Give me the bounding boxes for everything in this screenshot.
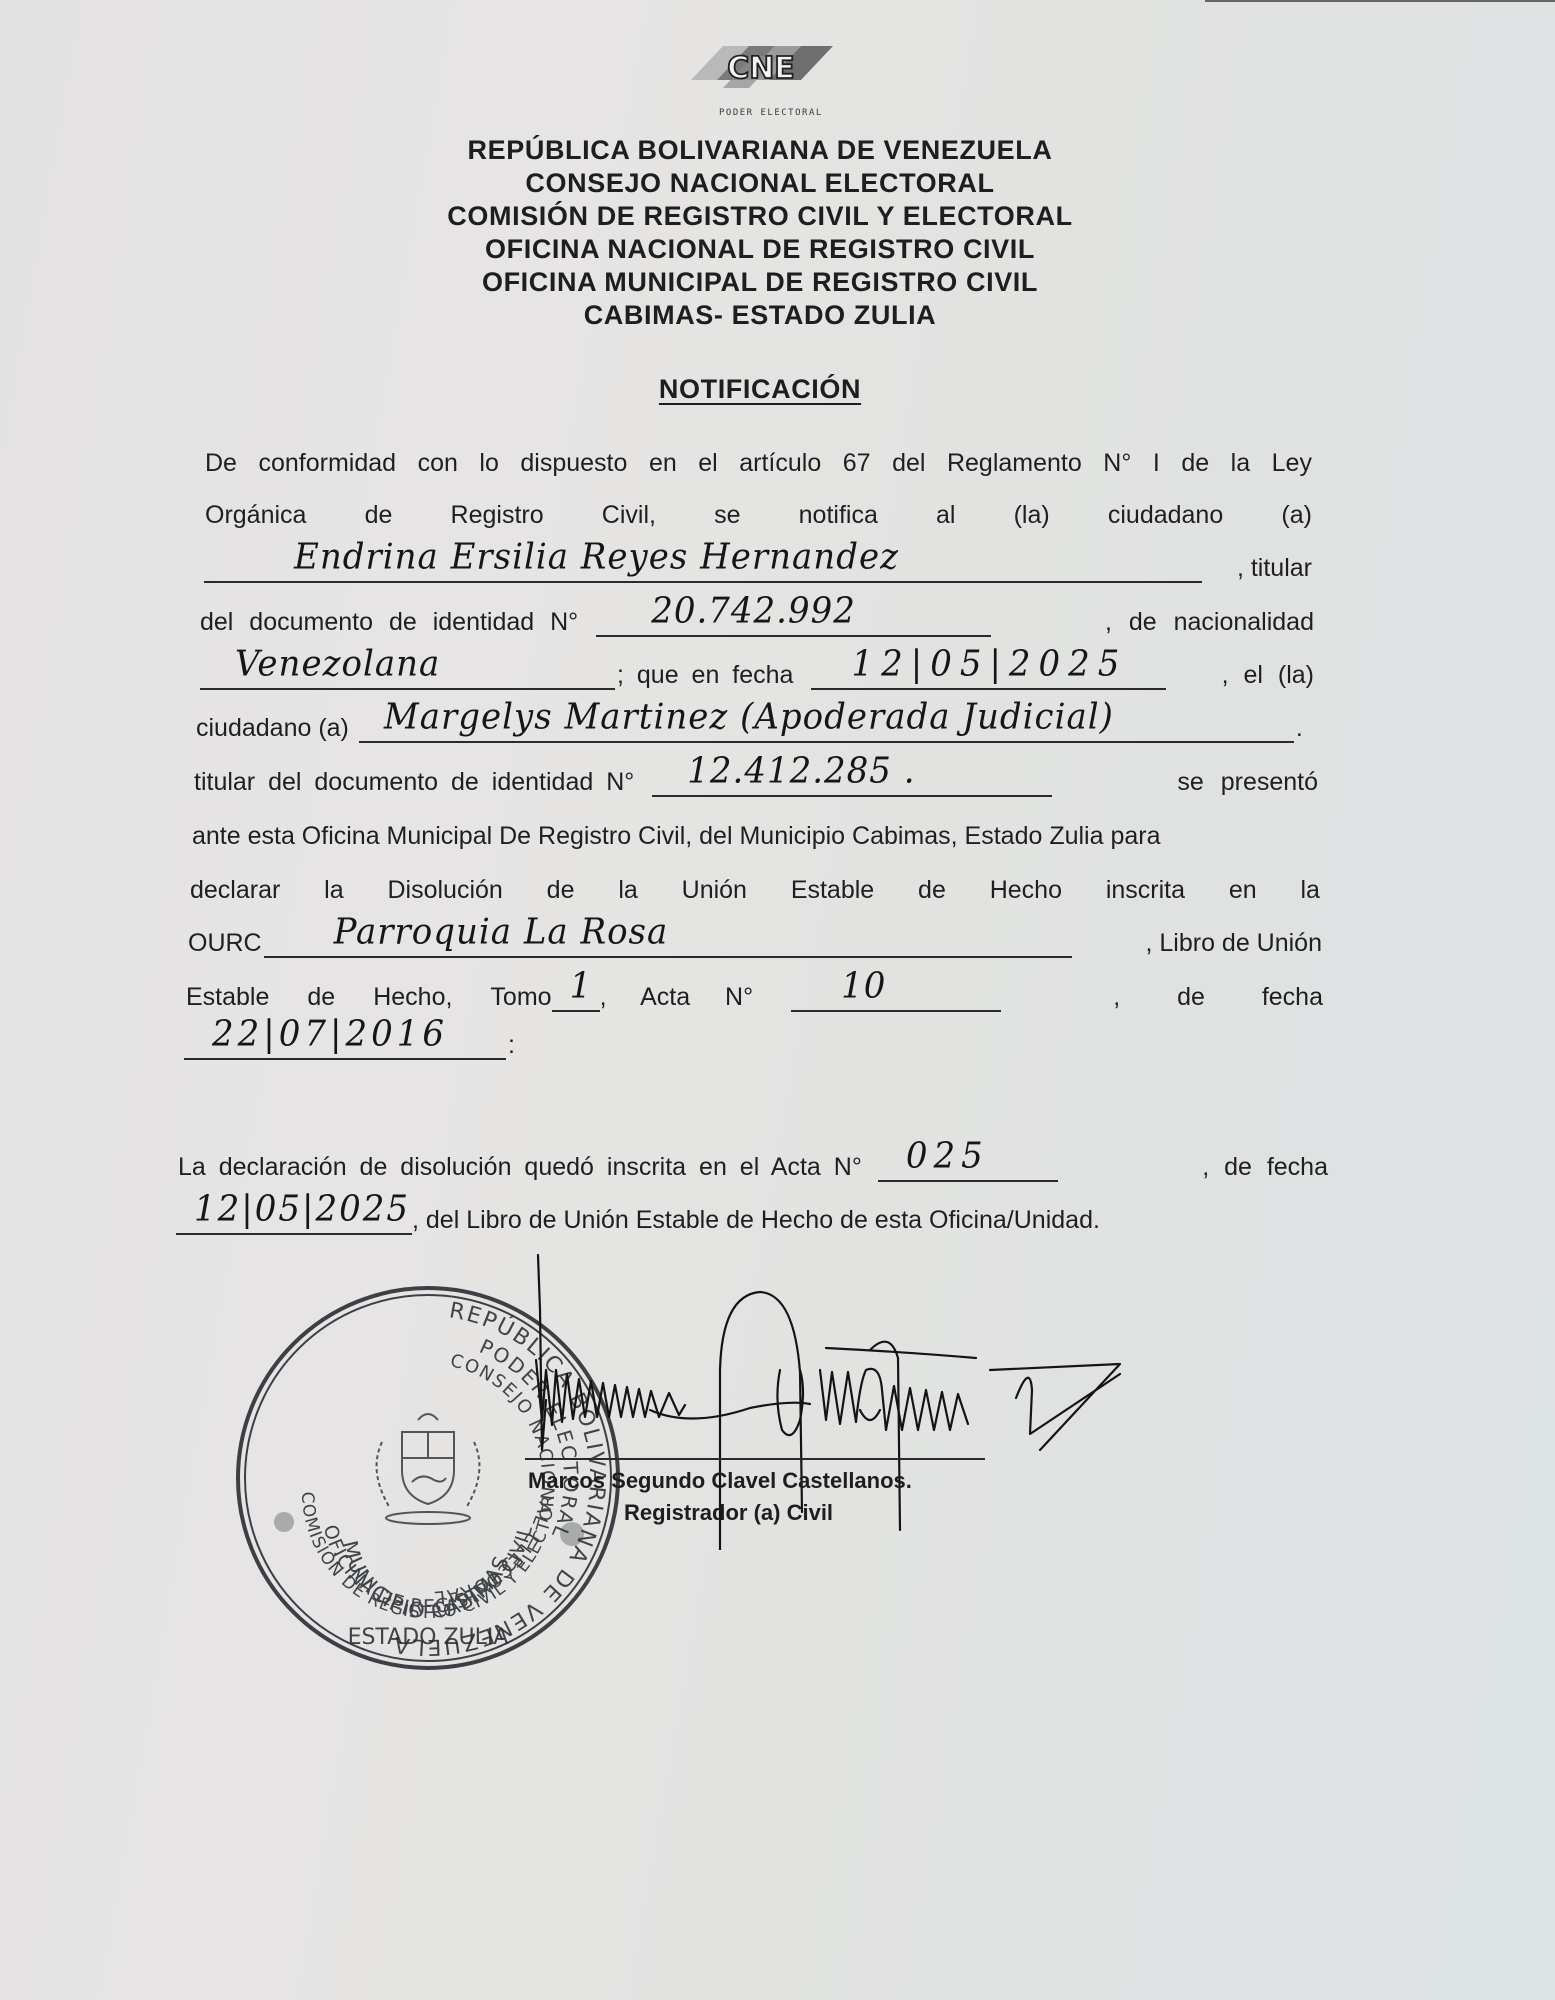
paragraph-word: de: [1181, 449, 1209, 478]
header-line-location: CABIMAS- ESTADO ZULIA: [380, 299, 1140, 332]
body-line-3: Endrina Ersilia Reyes Hernandez , titula…: [202, 543, 1312, 583]
paragraph-word: (la): [1014, 501, 1050, 530]
coat-of-arms-icon: [377, 1414, 480, 1524]
dissolution-tail: , del Libro de Unión Estable de Hecho de…: [412, 1206, 1100, 1235]
svg-text:CNE: CNE: [727, 51, 795, 86]
book-label: , Libro de Unión: [1145, 929, 1322, 958]
paragraph-word: al: [936, 501, 955, 530]
paragraph-word: N°: [1103, 449, 1131, 478]
body-line-4: del documento de identidad N° 20.742.992…: [200, 597, 1314, 637]
paragraph-word: artículo: [739, 449, 821, 478]
paragraph-word: la: [1231, 449, 1250, 478]
registrar-name: Marcos Segundo Clavel Castellanos.: [528, 1468, 912, 1494]
body-line-6: ciudadano (a) Margelys Martinez (Apodera…: [196, 703, 1318, 743]
declarant-id-field[interactable]: 12.412.285 .: [652, 757, 1052, 797]
paragraph-word: I: [1153, 449, 1160, 478]
tomo-label: Tomo: [490, 983, 551, 1012]
body-line-11: Estable de Hecho, Tomo 1 , Acta N° 10 , …: [186, 972, 1323, 1012]
word-estable: Estable: [186, 983, 269, 1012]
paragraph-word: Estable: [791, 876, 874, 905]
union-date-field[interactable]: 22|07|2016: [184, 1020, 506, 1060]
ciudadano-label: ciudadano (a): [196, 714, 349, 743]
office-sentence: ante esta Oficina Municipal De Registro …: [192, 822, 1161, 851]
declarant-name-value: Margelys Martinez (Apoderada Judicial): [384, 696, 1114, 738]
paragraph-word: se: [714, 501, 740, 530]
document-title: NOTIFICACIÓN: [380, 374, 1140, 405]
paragraph-word: de: [547, 876, 575, 905]
ourc-field[interactable]: Parroquia La Rosa: [264, 918, 1072, 958]
de-fecha-label: , de fecha: [1113, 983, 1323, 1012]
paper-edge: [1205, 0, 1555, 2]
ourc-value: Parroquia La Rosa: [334, 911, 669, 953]
svg-text:ESTADO ZULIA: ESTADO ZULIA: [348, 1625, 509, 1650]
presented-label: se presentó: [1177, 768, 1318, 797]
dissolution-date-field[interactable]: 12|05|2025: [176, 1195, 412, 1235]
paragraph-word: en: [1229, 876, 1257, 905]
presentation-date-value: 12|05|2025: [851, 643, 1127, 685]
citizen-name-field[interactable]: Endrina Ersilia Reyes Hernandez: [204, 543, 1202, 583]
body-line-12: 22|07|2016 :: [182, 1020, 582, 1060]
date-label: ; que en fecha: [617, 661, 793, 690]
header-line-national-office: OFICINA NACIONAL DE REGISTRO CIVIL: [380, 233, 1140, 266]
tomo-field[interactable]: 1: [552, 972, 600, 1012]
logo-caption: PODER ELECTORAL: [719, 108, 823, 118]
paragraph-word: conformidad: [258, 449, 396, 478]
acta-field[interactable]: 10: [791, 972, 1001, 1012]
line-dot: .: [1296, 714, 1303, 743]
paragraph-word: de: [918, 876, 946, 905]
body-line-2: OrgánicadeRegistroCivil,senotificaal(la)…: [205, 490, 1312, 530]
paragraph-word: Orgánica: [205, 501, 306, 530]
presentation-date-field[interactable]: 12|05|2025: [811, 650, 1166, 690]
body-line-13: La declaración de disolución quedó inscr…: [178, 1142, 1328, 1182]
ourc-label: OURC: [188, 929, 262, 958]
dissolution-acta-value: 025: [906, 1135, 989, 1177]
paragraph-word: la: [324, 876, 343, 905]
tomo-value: 1: [570, 965, 593, 1007]
citizen-name-value: Endrina Ersilia Reyes Hernandez: [294, 536, 899, 578]
dissolution-de-fecha: , de fecha: [1202, 1153, 1328, 1182]
registrar-role: Registrador (a) Civil: [624, 1500, 833, 1526]
paragraph-word: Unión: [682, 876, 747, 905]
header-line-cne: CONSEJO NACIONAL ELECTORAL: [380, 167, 1140, 200]
signature-line: [525, 1458, 985, 1460]
dissolution-acta-field[interactable]: 025: [878, 1142, 1058, 1182]
nationality-value: Venezolana: [235, 643, 440, 685]
acta-value: 10: [841, 965, 886, 1007]
body-line-10: OURC Parroquia La Rosa , Libro de Unión: [188, 918, 1322, 958]
header-line-commission: COMISIÓN DE REGISTRO CIVIL Y ELECTORAL: [380, 200, 1140, 233]
citizen-id-field[interactable]: 20.742.992: [596, 597, 991, 637]
nationality-label: , de nacionalidad: [1105, 608, 1314, 637]
citizen-id-value: 20.742.992: [651, 590, 856, 632]
body-line-9: declararlaDisolucióndelaUniónEstabledeHe…: [190, 865, 1320, 905]
paragraph-word: de: [365, 501, 393, 530]
el-la-label: , el (la): [1222, 661, 1314, 690]
paragraph-word: De: [205, 449, 237, 478]
paragraph-word: inscrita: [1106, 876, 1185, 905]
paragraph-word: notifica: [799, 501, 878, 530]
header-line-municipal-office: OFICINA MUNICIPAL DE REGISTRO CIVIL: [380, 266, 1140, 299]
body-line-1: Deconformidadconlodispuestoenelartículo6…: [205, 438, 1312, 478]
body-line-14: 12|05|2025 , del Libro de Unión Estable …: [176, 1195, 1326, 1235]
dissolution-date-value: 12|05|2025: [194, 1188, 410, 1230]
union-date-value: 22|07|2016: [212, 1013, 448, 1055]
paragraph-word: el: [698, 449, 717, 478]
paragraph-word: ciudadano: [1108, 501, 1223, 530]
cne-logo-icon: CNE PODER ELECTORAL: [683, 32, 843, 124]
paragraph-word: Civil,: [602, 501, 656, 530]
paragraph-word: con: [418, 449, 458, 478]
colon: :: [508, 1031, 515, 1060]
declarant-id-value: 12.412.285 .: [687, 750, 915, 792]
notification-document: CNE PODER ELECTORAL REPÚBLICA BOLIVARIAN…: [0, 0, 1555, 2000]
dissolution-acta-label: La declaración de disolución quedó inscr…: [178, 1153, 862, 1182]
word-hecho: Hecho,: [373, 983, 452, 1012]
svg-text:MUNICIPIO CABIMAS: MUNICIPIO CABIMAS: [337, 1538, 514, 1623]
declarant-name-field[interactable]: Margelys Martinez (Apoderada Judicial): [359, 703, 1294, 743]
paragraph-word: la: [1301, 876, 1320, 905]
paragraph-word: (a): [1281, 501, 1312, 530]
header-line-republic: REPÚBLICA BOLIVARIANA DE VENEZUELA: [380, 134, 1140, 167]
paragraph-word: 67: [843, 449, 871, 478]
paragraph-word: Disolución: [387, 876, 502, 905]
id-label: del documento de identidad N°: [200, 608, 578, 637]
paragraph-word: declarar: [190, 876, 280, 905]
word-de: de: [307, 983, 335, 1012]
titular-label: , titular: [1237, 554, 1312, 583]
paragraph-word: Ley: [1272, 449, 1312, 478]
body-line-5: Venezolana ; que en fecha 12|05|2025 , e…: [198, 650, 1314, 690]
paragraph-word: Reglamento: [947, 449, 1082, 478]
declarant-id-label: titular del documento de identidad N°: [194, 768, 634, 797]
paragraph-word: Registro: [451, 501, 544, 530]
paragraph-word: lo: [479, 449, 498, 478]
paragraph-word: Hecho: [990, 876, 1062, 905]
body-line-8: ante esta Oficina Municipal De Registro …: [192, 811, 1320, 851]
paragraph-word: en: [649, 449, 677, 478]
acta-label: , Acta N°: [600, 983, 754, 1012]
paragraph-word: dispuesto: [520, 449, 627, 478]
body-line-7: titular del documento de identidad N° 12…: [194, 757, 1318, 797]
nationality-field[interactable]: Venezolana: [200, 650, 615, 690]
paragraph-word: la: [618, 876, 637, 905]
paragraph-word: del: [892, 449, 925, 478]
document-header: REPÚBLICA BOLIVARIANA DE VENEZUELA CONSE…: [380, 134, 1140, 332]
